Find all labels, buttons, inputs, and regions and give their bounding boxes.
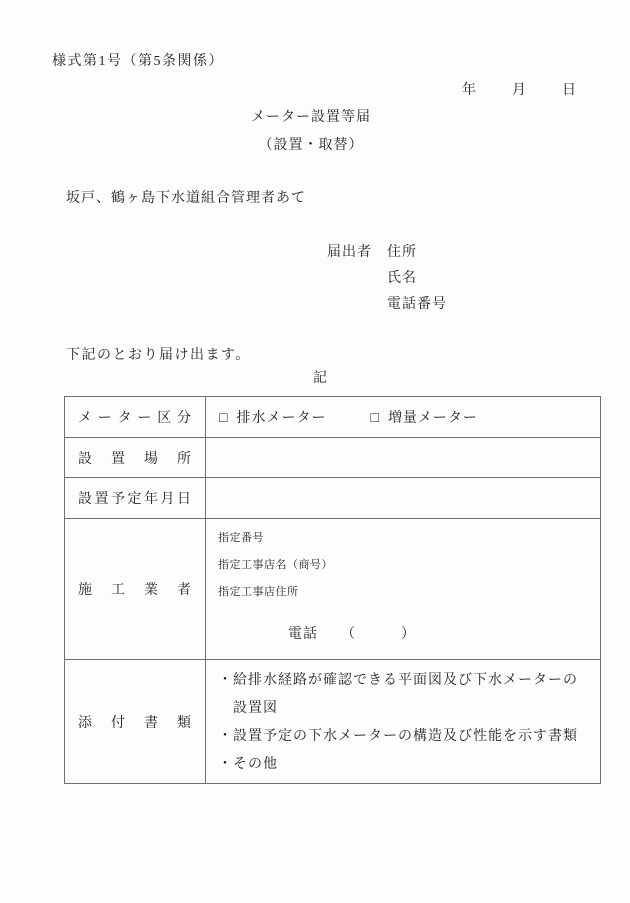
location-label: 設置場所 — [65, 438, 206, 478]
notifier-block: 届出者 住所 氏名 電話番号 — [327, 240, 447, 318]
attachment-item: ・設置予定の下水メーターの構造及び性能を示す書類 — [218, 723, 592, 751]
month-label: 月 — [512, 83, 526, 98]
meter-type-row: メーター区分 □排水メーター□増量メーター — [65, 397, 601, 438]
notifier-fields: 住所 氏名 電話番号 — [387, 240, 447, 318]
date-line: 年月日 — [462, 79, 576, 99]
form-table: メーター区分 □排水メーター□増量メーター 設置場所 設置予定年月日 施工業者 … — [64, 396, 601, 784]
declaration-text: 下記のとおり届け出ます。 — [66, 344, 251, 364]
meter-type-label: メーター区分 — [65, 397, 206, 438]
designation-number-label: 指定番号 — [218, 525, 592, 552]
attachments-row: 添付書類 ・給排水経路が確認できる平面図及び下水メーターの 設置図 ・設置予定の… — [65, 660, 601, 784]
planned-date-label: 設置予定年月日 — [65, 478, 206, 519]
attachments-cell: ・給排水経路が確認できる平面図及び下水メーターの 設置図 ・設置予定の下水メータ… — [206, 660, 601, 784]
day-label: 日 — [562, 83, 576, 98]
attachment-item: ・その他 — [218, 751, 592, 779]
location-field[interactable] — [206, 438, 601, 478]
designated-shop-name-label: 指定工事店名（商号） — [218, 552, 592, 579]
contractor-label: 施工業者 — [65, 519, 206, 660]
attachment-item: ・給排水経路が確認できる平面図及び下水メーターの 設置図 — [218, 667, 592, 723]
checkbox-increase-meter[interactable]: □ — [370, 411, 379, 427]
contractor-phone-line: 電話 （ ） — [288, 623, 592, 643]
notifier-label: 届出者 — [327, 240, 372, 266]
planned-date-field[interactable] — [206, 478, 601, 519]
contractor-row: 施工業者 指定番号 指定工事店名（商号） 指定工事店住所 電話 （ ） — [65, 519, 601, 660]
notifier-name-label: 氏名 — [387, 266, 447, 292]
form-number: 様式第1号（第5条関係） — [52, 50, 224, 70]
notifier-phone-label: 電話番号 — [387, 292, 447, 318]
notifier-address-label: 住所 — [387, 240, 447, 266]
meter-type-options: □排水メーター□増量メーター — [206, 397, 601, 438]
planned-date-row: 設置予定年月日 — [65, 478, 601, 519]
checkbox-drainage-meter[interactable]: □ — [219, 411, 228, 427]
attachments-label: 添付書類 — [65, 660, 206, 784]
contractor-field[interactable]: 指定番号 指定工事店名（商号） 指定工事店住所 電話 （ ） — [206, 519, 601, 660]
drainage-meter-label: 排水メーター — [236, 411, 326, 426]
document-title: メーター設置等届 — [0, 106, 622, 126]
increase-meter-label: 増量メーター — [388, 411, 478, 426]
year-label: 年 — [462, 83, 476, 98]
location-row: 設置場所 — [65, 438, 601, 478]
addressee: 坂戸、鶴ヶ島下水道組合管理者あて — [66, 187, 306, 207]
designated-shop-address-label: 指定工事店住所 — [218, 579, 592, 606]
note-heading: 記 — [0, 367, 630, 387]
document-subtitle: （設置・取替） — [0, 134, 622, 154]
